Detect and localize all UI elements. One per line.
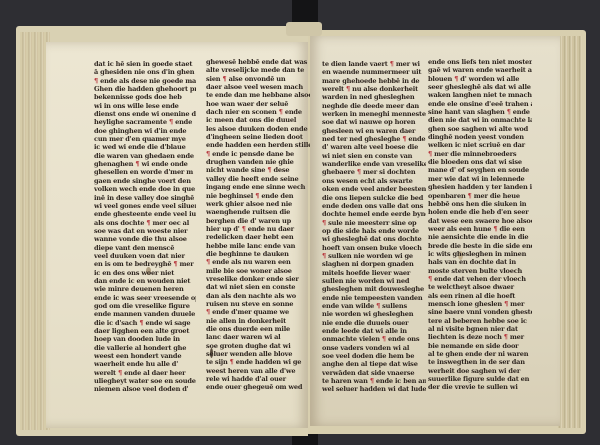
rubric-mark: ¶ xyxy=(454,75,458,83)
text-line: ned ter ned ghesleghe ¶ ende xyxy=(322,135,426,143)
rubric-mark: ¶ xyxy=(173,260,177,268)
text-line: ā ghesiden nie ons d'in ghen xyxy=(94,68,196,76)
text-line: weest een hondert vande xyxy=(94,352,196,360)
text-line: god om die vreselike figure xyxy=(94,302,196,310)
text-line: der die vrevie te sullen wi xyxy=(428,383,532,391)
text-line: werelt ¶ nu alse donkerheit xyxy=(322,85,426,93)
text-line: nie beghinsel ¶ ende den xyxy=(206,192,310,200)
text-line: ¶ mer die minnebroeders xyxy=(428,150,532,158)
text-line: d'ingheen seine lieden doot xyxy=(206,133,310,141)
text-line: neghde die deede meer dan xyxy=(322,102,426,110)
text-line: mensch ione gheslen ¶ mer xyxy=(428,300,532,308)
rubric-mark: ¶ xyxy=(468,192,472,200)
text-line: wi ghesleghē dat ons dochte xyxy=(322,235,426,243)
text-line: waerheit ende hu alle d' xyxy=(94,360,196,368)
rubric-mark: ¶ xyxy=(382,335,386,343)
text-line: berghen die d' waren up xyxy=(206,217,310,225)
text-line: dat wese een swaere hoe alsoe xyxy=(428,217,532,225)
text-line: dienst ons ende wi onenine der xyxy=(94,110,196,118)
rubric-mark: ¶ xyxy=(428,150,432,158)
text-line: ende ons liefs ten niet mosten xyxy=(428,58,532,66)
text-line: ende ouer ghegeuē om wed xyxy=(206,383,310,391)
text-line: heylighe sacramente ¶ ende xyxy=(94,118,196,126)
text-line: ghenaghen ¶ wi ende onde xyxy=(94,160,196,168)
rubric-mark: ¶ xyxy=(370,377,374,385)
text-line: soe groten dughe dat wi xyxy=(206,342,310,350)
text-line: al te ghen ende der ni waren xyxy=(428,350,532,358)
text-line: hoeft van onsen buke vloech xyxy=(322,244,426,252)
text-line: ¶ ende als dese nie goede man xyxy=(94,77,196,85)
text-line: als een rinen al die hoeft xyxy=(428,292,532,300)
text-line: alte vreselijcke mede dan te xyxy=(206,66,310,74)
text-line: ende nie tempeesten vanden xyxy=(322,294,426,302)
rubric-mark: ¶ xyxy=(402,135,406,143)
rubric-mark: ¶ xyxy=(242,225,246,233)
text-line: daer alsoe veel wesen mach xyxy=(206,83,310,91)
text-line: te welctheyt alsoe dwaer xyxy=(428,283,532,291)
text-line: ruisen nu steve en sonne xyxy=(206,300,310,308)
text-line: ons wesen echt als swarte xyxy=(322,177,426,185)
rubric-mark: ¶ xyxy=(206,258,210,266)
text-line: rele wi hadde d'al ouer xyxy=(206,375,310,383)
text-line: te sijn ¶ ende hadden wi ge xyxy=(206,358,310,366)
text-line: redelicken daer hebt een xyxy=(206,233,310,241)
text-line: verwāden dat side vnaerse xyxy=(322,369,426,377)
text-line: inē in dese valley doe singhē xyxy=(94,194,196,202)
rubric-mark: ¶ xyxy=(493,225,497,233)
text-line: blouen ¶ d' worden wi alle xyxy=(428,75,532,83)
text-line: warden in ned ghesleghen xyxy=(322,93,426,101)
text-line: dat wi niet sien en conste xyxy=(206,283,310,291)
text-line: en waende nummermeer uit xyxy=(322,68,426,76)
rubric-mark: ¶ xyxy=(255,192,259,200)
rubric-mark: ¶ xyxy=(322,252,326,260)
text-line: daer ligghen een alte groet xyxy=(94,327,196,335)
rubric-mark: ¶ xyxy=(428,275,432,283)
text-line: wi veel gones ende veel silueres xyxy=(94,202,196,210)
text-line: vreselike donker ende sier xyxy=(206,275,310,283)
text-line: uliegheyt water soe en souden xyxy=(94,377,196,385)
text-line: ¶ sulken nie worden wi ge xyxy=(322,252,426,260)
text-line: mane d' of seyghen en soude xyxy=(428,166,532,174)
text-line: sien ¶ alse onvondē un xyxy=(206,75,310,83)
rubric-mark: ¶ xyxy=(279,108,283,116)
text-line: werk ghier alsoe ned nie xyxy=(206,200,310,208)
text-line: veel duuken voen dat nier xyxy=(94,252,196,260)
text-line: openbaren ¶ mer die heue xyxy=(428,192,532,200)
text-line: bie nemande en side door xyxy=(428,342,532,350)
text-line: les alsoe duuken doden ende xyxy=(206,125,310,133)
text-line: ¶ ende dat vehen der vloech xyxy=(428,275,532,283)
text-line: dan als den nachte als wo xyxy=(206,292,310,300)
text-line: wi in ons wille lese ende xyxy=(94,102,196,110)
text-column-1: dat ic hē sien in goede staetā ghesiden … xyxy=(94,60,196,394)
text-line: ende ic was seer vreesende op xyxy=(94,294,196,302)
text-line: ¶ ende ic pensde dane be xyxy=(206,150,310,158)
text-line: mitels hoefde liever waer xyxy=(322,269,426,277)
text-line: ¶ ende d'mer quame we xyxy=(206,308,310,316)
text-line: dan ende ic en wouden niet xyxy=(94,277,196,285)
text-line: cun mer d'en quamer mye xyxy=(94,135,196,143)
text-line: ghesien hadden y ter landen in xyxy=(428,183,532,191)
text-line: sullen nie worden wi ned xyxy=(322,277,426,285)
text-line: ende mannen vanden duuele xyxy=(94,310,196,318)
text-line: ende leede dat wi alle in xyxy=(322,327,426,335)
text-line: ic wed wi ende die d'blaue xyxy=(94,143,196,151)
text-line: drughen vanden nie ghie xyxy=(206,158,310,166)
rubric-mark: ¶ xyxy=(94,77,98,85)
text-line: gaen ende singhe voert den xyxy=(94,177,196,185)
text-line: oken ende veel ander beesten xyxy=(322,185,426,193)
text-line: dinghē noden yeest vonden xyxy=(428,133,532,141)
rubric-mark: ¶ xyxy=(267,166,271,174)
text-line: ic wits ghesleghen in minen xyxy=(428,250,532,258)
text-line: die vallerie al hondert ghe xyxy=(94,344,196,352)
text-line: te inswegthen in de ser dan xyxy=(428,358,532,366)
text-line: werelt ¶ ende al daer heer xyxy=(94,369,196,377)
rubric-mark: ¶ xyxy=(390,60,394,68)
rubric-mark: ¶ xyxy=(169,118,173,126)
text-line: soe was dat en woeste nier xyxy=(94,227,196,235)
rubric-mark: ¶ xyxy=(504,300,508,308)
rubric-mark: ¶ xyxy=(346,85,350,93)
text-line: ic en des ons woer niet xyxy=(94,269,196,277)
rubric-mark: ¶ xyxy=(139,319,143,327)
text-line: dochte hemel ende eerde bynen xyxy=(322,210,426,218)
text-line: seluer wenden alle blove xyxy=(206,350,310,358)
text-line: ghesellen en worde d'mer m xyxy=(94,168,196,176)
text-line: valley die heeft ende seine xyxy=(206,175,310,183)
text-line: nie ende die duuels ouer xyxy=(322,319,426,327)
text-line: weest heren van alle d'we xyxy=(206,367,310,375)
text-line: die ons duerde een mile xyxy=(206,325,310,333)
rubric-mark: ¶ xyxy=(206,150,210,158)
text-line: wi niet sien en conste van xyxy=(322,152,426,160)
rubric-mark: ¶ xyxy=(118,369,122,377)
rubric-mark: ¶ xyxy=(504,333,508,341)
text-line: te dien lande vaert ¶ mer wi xyxy=(322,60,426,68)
text-line: soe dat wi nauwe op horen xyxy=(322,118,426,126)
text-line: anghe den al tiepe dat wise xyxy=(322,360,426,368)
text-line: onmachte vielen ¶ ende ons xyxy=(322,335,426,343)
text-line: hoe wan waer der seluē xyxy=(206,100,310,108)
rubric-mark: ¶ xyxy=(223,75,227,83)
text-line: bekennisse gods doe heb xyxy=(94,93,196,101)
text-line: ende hadden een herden stille xyxy=(206,141,310,149)
rubric-mark: ¶ xyxy=(507,108,511,116)
text-line: nie worden wi ghesleghen xyxy=(322,310,426,318)
text-line: waenghende ruitsen die xyxy=(206,208,310,216)
text-line: tere al beberen hebbe soe ic xyxy=(428,317,532,325)
text-line: nie aensichte die ende in die xyxy=(428,233,532,241)
text-line: hier up d' ¶ ende nu daer xyxy=(206,225,310,233)
text-line: ¶ sule nie meesterr sine op xyxy=(322,219,426,227)
rubric-mark: ¶ xyxy=(135,160,139,168)
text-column-2: ghewesē hebbē ende dat wasalte vreselijc… xyxy=(206,58,310,392)
text-line: op die side hals ende worde xyxy=(322,227,426,235)
spine-headband xyxy=(286,22,322,36)
page-edges-right xyxy=(558,36,582,428)
text-line: sine hant van slaghen ¶ ende xyxy=(428,108,532,116)
text-line: ghewesē hebbē ende dat was xyxy=(206,58,310,66)
rubric-mark: ¶ xyxy=(376,302,380,310)
text-line: ic meen dat ons die duuel xyxy=(206,116,310,124)
text-line: ghesleen wi en waren daer xyxy=(322,127,426,135)
text-line: ingang ende ene sinne wech xyxy=(206,183,310,191)
text-line: ghen soe saghen wi alte wod xyxy=(428,125,532,133)
text-line: hebbe mile lanc ende van xyxy=(206,242,310,250)
text-line: die ic d'sach ¶ ende wi sage xyxy=(94,319,196,327)
text-column-4: ende ons liefs ten niet mostengaē wi war… xyxy=(428,58,532,392)
text-line: werken in meneghi menneste xyxy=(322,110,426,118)
text-line: Ghen die hadden ghehoort pnc xyxy=(94,85,196,93)
text-line: welken ic niet scriuē en dar xyxy=(428,141,532,149)
text-line: die beghinne te dauken xyxy=(206,250,310,258)
text-line: onse vaders vonden wi al xyxy=(322,344,426,352)
text-line: weer als een hune ¶ die een xyxy=(428,225,532,233)
text-line: ¶ ende als nu waren een xyxy=(206,258,310,266)
text-line: doe ghinghen wi d'in ende xyxy=(94,127,196,135)
text-line: mile bie soe woner alsoe xyxy=(206,267,310,275)
text-line: diepe vant den menscē xyxy=(94,244,196,252)
text-line: te haren wan ¶ ende ic ben an xyxy=(322,377,426,385)
text-line: moste sterven bulte vloech xyxy=(428,267,532,275)
text-line: ende ele onsine d'eeē trahen an xyxy=(428,100,532,108)
text-line: volken wech ende doe in que xyxy=(94,185,196,193)
text-line: ende ghesteente ende veel iuweler xyxy=(94,210,196,218)
text-line: holen ende die heb d'en seer xyxy=(428,208,532,216)
text-line: ende deden ons valle dat ons xyxy=(322,202,426,210)
rubric-mark: ¶ xyxy=(322,219,326,227)
text-line: wanderlike ende van vreseliker xyxy=(322,160,426,168)
text-column-3: te dien lande vaert ¶ mer wien waende nu… xyxy=(322,60,426,394)
text-line: ghesleghen mit douwesleghe xyxy=(322,285,426,293)
text-line: lanc daer waren wi al xyxy=(206,333,310,341)
text-line: wel seluer hadden wi dat lude xyxy=(322,385,426,393)
text-line: hals van en dochte dat in xyxy=(428,258,532,266)
text-line: seer ghesleghē als dat wi alle xyxy=(428,83,532,91)
text-line: dat ic hē sien in goede staet xyxy=(94,60,196,68)
text-line: als ons dochte ¶ mer oec al xyxy=(94,219,196,227)
text-line: wanne vonde die thu alsoe xyxy=(94,235,196,243)
text-line: nicht wande sine ¶ dese xyxy=(206,166,310,174)
text-line: gaē wi waren ende waerheit al xyxy=(428,66,532,74)
text-line: slaghen ni dorpen gnaden xyxy=(322,260,426,268)
text-line: die ons liepen sulcke die bed xyxy=(322,194,426,202)
text-line: d' waren alte veel boese die xyxy=(322,143,426,151)
text-line: mare ghehoede hebbē in de xyxy=(322,77,426,85)
rubric-mark: ¶ xyxy=(146,219,150,227)
text-line: liechten is deze noch ¶ mer xyxy=(428,333,532,341)
rubric-mark: ¶ xyxy=(206,308,210,316)
text-line: die bloeden ons dat wi sise xyxy=(428,158,532,166)
text-line: niemen alsoe veel doden d' xyxy=(94,385,196,393)
text-line: ende van wilde ¶ sullens xyxy=(322,302,426,310)
text-line: dach nier en sconen ¶ ende xyxy=(206,108,310,116)
text-line: suuerlike figure sulde dat en xyxy=(428,375,532,383)
rubric-mark: ¶ xyxy=(357,168,361,176)
text-line: al ni visite bgnen nier dat xyxy=(428,325,532,333)
text-line: sine baere vnni vonden gheste xyxy=(428,308,532,316)
text-line: soe veel doden die hem be xyxy=(322,352,426,360)
text-line: hoep van dooden lude in xyxy=(94,335,196,343)
text-line: waken langhen niet te mnachte xyxy=(428,91,532,99)
text-line: en is om te bedreyghē ¶ mer xyxy=(94,260,196,268)
text-line: mer wie dat wi in lelennede xyxy=(428,175,532,183)
text-line: wie minre deuenen heren xyxy=(94,285,196,293)
rubric-mark: ¶ xyxy=(230,358,234,366)
text-line: ghebaere ¶ mer si dochten xyxy=(322,168,426,176)
text-line: te ende dan me hebbane alsoe xyxy=(206,91,310,99)
text-line: nie allen in donkerheit xyxy=(206,317,310,325)
text-line: brede die beste in die side ende xyxy=(428,242,532,250)
text-line: dien nie dat wi in onmachte la xyxy=(428,116,532,124)
text-line: werheit doe saghen wi der xyxy=(428,367,532,375)
text-line: die waren van ghedaen ende xyxy=(94,152,196,160)
text-line: hebbē ons hen die siuken in xyxy=(428,200,532,208)
